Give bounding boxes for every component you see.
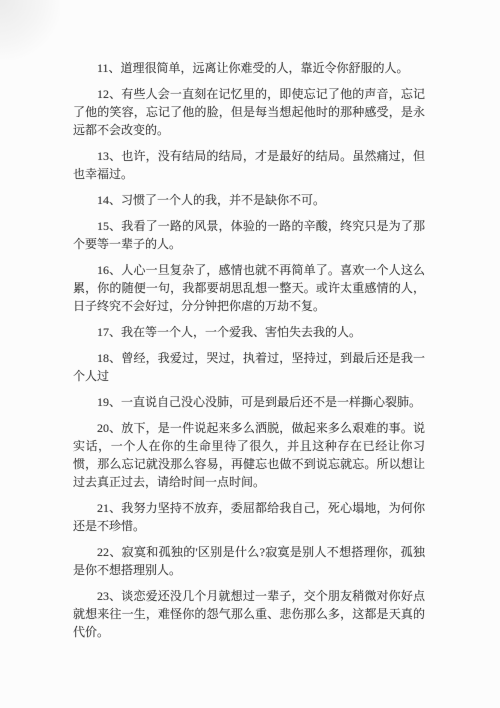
quote-paragraph: 18、曾经，我爱过，哭过，执着过，坚持过，到最后还是我一个人过	[73, 349, 425, 385]
quote-paragraph: 17、我在等一个人，一个爱我、害怕失去我的人。	[73, 323, 425, 341]
quote-paragraph: 15、我看了一路的风景，体验的一路的辛酸，终究只是为了那个要等一辈子的人。	[73, 217, 425, 253]
corner-shadow	[0, 0, 60, 60]
quote-paragraph: 23、谈恋爱还没几个月就想过一辈子，交个朋友稍微对你好点就想来往一生，难怪你的怨…	[73, 587, 425, 641]
quote-paragraph: 22、寂寞和孤独的'区别是什么?寂寞是别人不想搭理你，孤独是你不想搭理别人。	[73, 543, 425, 579]
quote-paragraph: 19、一直说自己没心没肺，可是到最后还不是一样撕心裂肺。	[73, 393, 425, 411]
quote-paragraph: 11、道理很简单，远离让你难受的人，靠近令你舒服的人。	[73, 59, 425, 77]
quote-paragraph: 16、人心一旦复杂了，感情也就不再简单了。喜欢一个人这么累，你的随便一句，我都要…	[73, 261, 425, 315]
document-page: 11、道理很简单，远离让你难受的人，靠近令你舒服的人。 12、有些人会一直刻在记…	[0, 0, 500, 708]
quote-paragraph: 14、习惯了一个人的我，并不是缺你不可。	[73, 191, 425, 209]
quote-paragraph: 21、我努力坚持不放弃，委屈都给我自己，死心塌地，为何你还是不珍惜。	[73, 499, 425, 535]
quote-list: 11、道理很简单，远离让你难受的人，靠近令你舒服的人。 12、有些人会一直刻在记…	[73, 59, 425, 641]
quote-paragraph: 12、有些人会一直刻在记忆里的，即使忘记了他的声音，忘记了他的笑容，忘记了他的脸…	[73, 85, 425, 139]
quote-paragraph: 13、也许，没有结局的结局，才是最好的结局。虽然痛过，但也幸福过。	[73, 147, 425, 183]
quote-paragraph: 20、放下，是一件说起来多么洒脱，做起来多么艰难的事。说实话，一个人在你的生命里…	[73, 419, 425, 491]
